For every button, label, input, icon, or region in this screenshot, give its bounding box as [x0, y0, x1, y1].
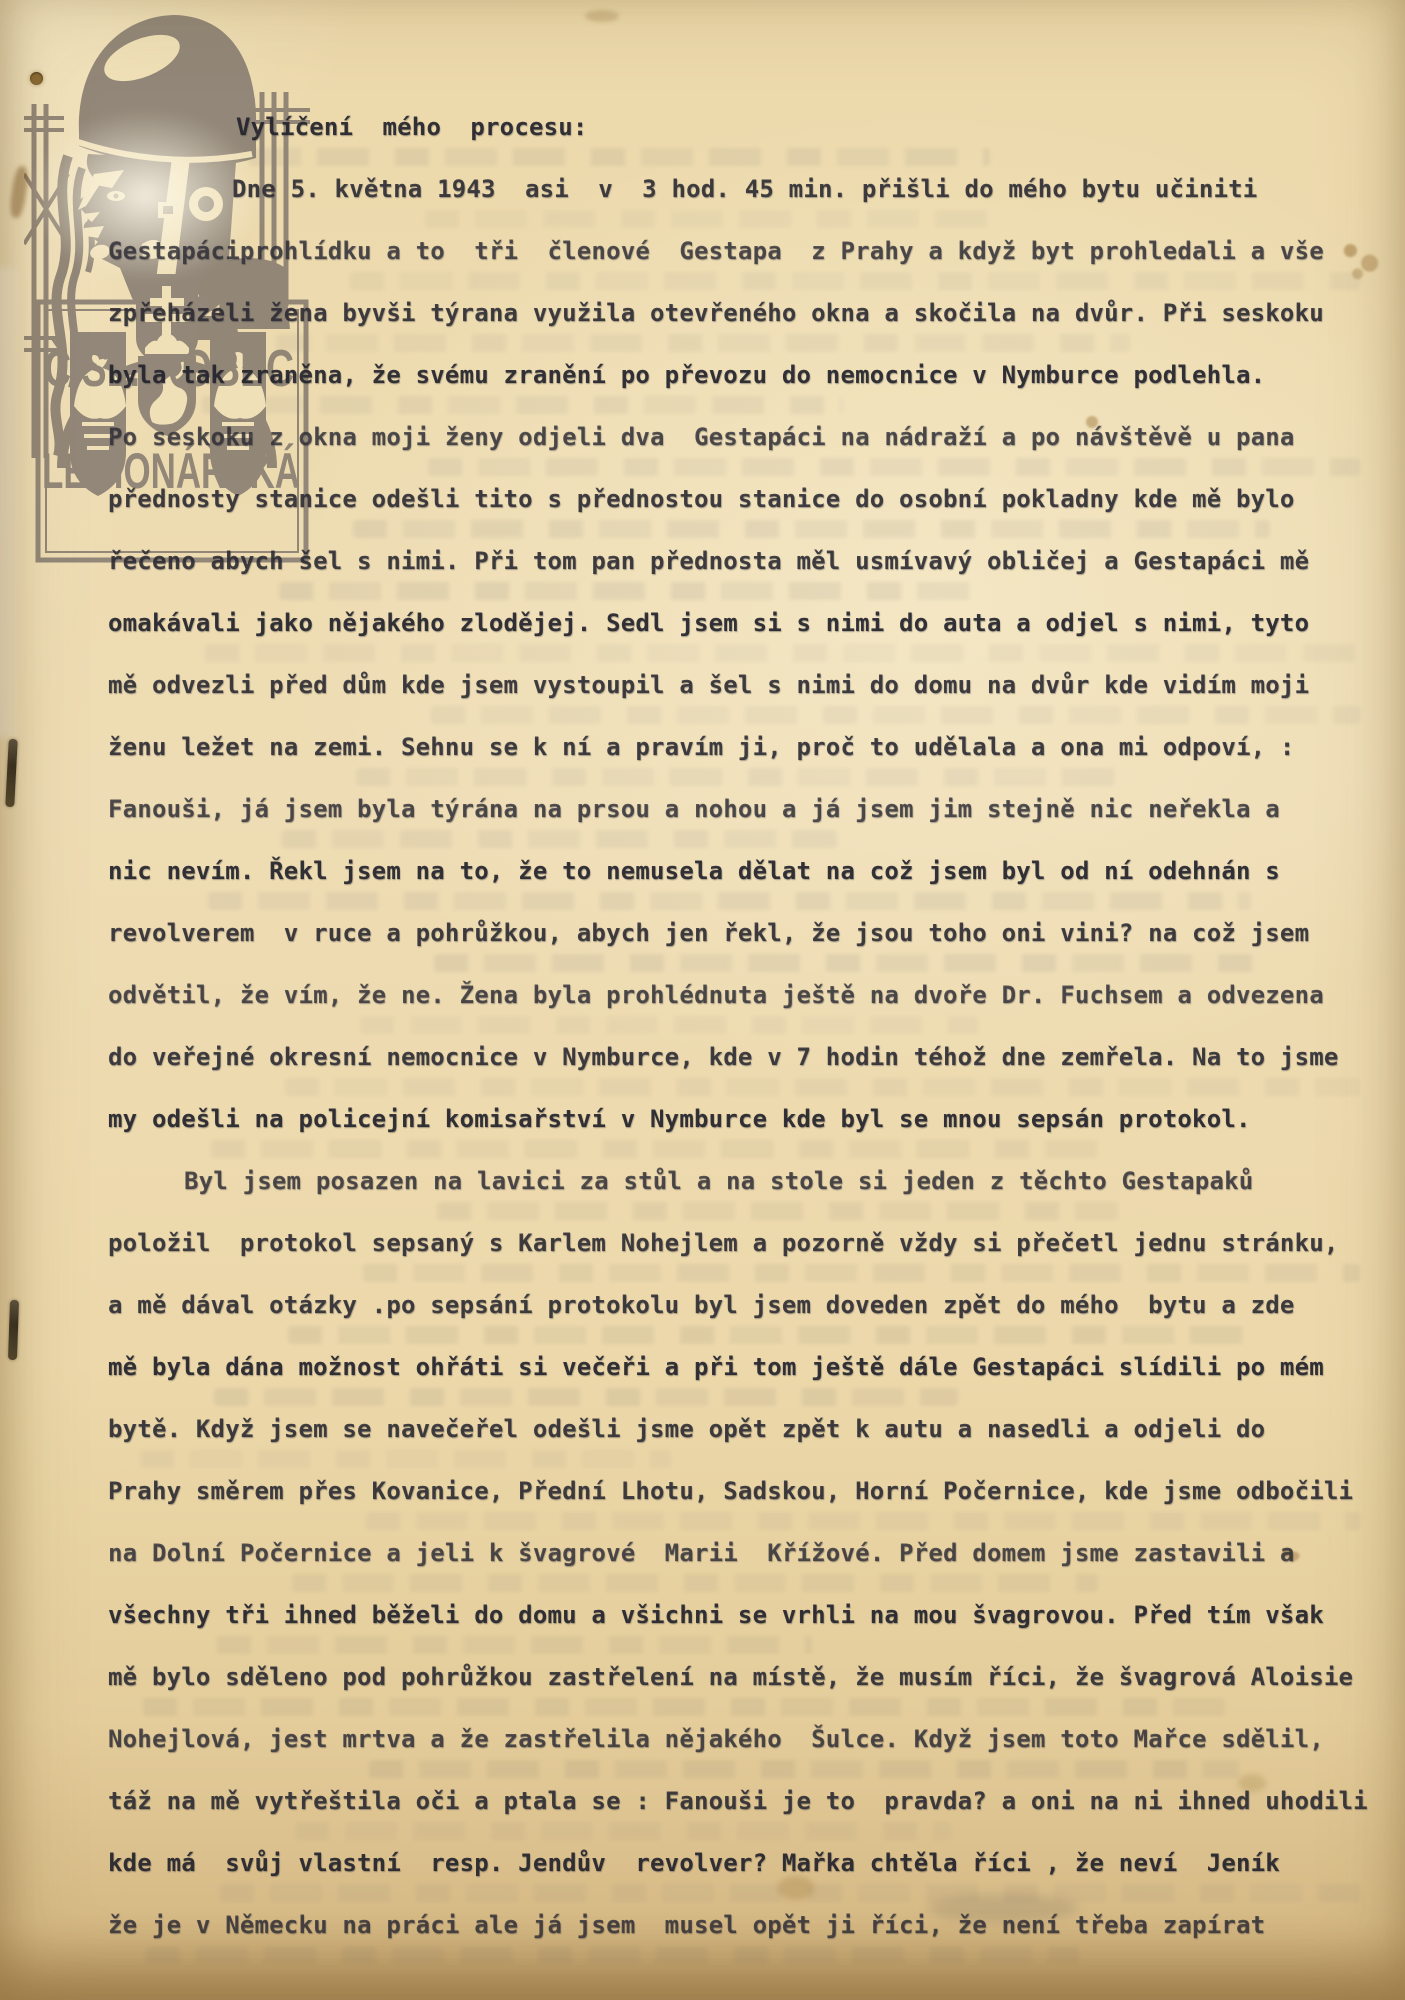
text-line: odvětil, že vím, že ne. Žena byla prohlé… [108, 964, 1385, 1026]
text-line: omakávali jako nějakého zlodějej. Sedl j… [108, 592, 1385, 654]
text-line: do veřejné okresní nemocnice v Nymburce,… [108, 1026, 1385, 1088]
paper-stain [585, 10, 619, 22]
text-line: bytě. Když jsem se navečeřel odešli jsme… [108, 1398, 1385, 1460]
text-line: mě bylo sděleno pod pohrůžkou zastřelení… [108, 1646, 1385, 1708]
text-line: a mě dával otázky .po sepsání protokolu … [108, 1274, 1385, 1336]
text-line: Byl jsem posazen na lavici za stůl a na … [108, 1150, 1385, 1212]
text-line: Prahy směrem přes Kovanice, Přední Lhotu… [108, 1460, 1385, 1522]
text-line: nic nevím. Řekl jsem na to, že to nemuse… [108, 840, 1385, 902]
text-line: Po seskoku z okna moji ženy odjeli dva G… [108, 406, 1385, 468]
text-line: mě odvezli před dům kde jsem vystoupil a… [108, 654, 1385, 716]
text-line: zpřeházeli žena byvši týrana využila ote… [108, 282, 1385, 344]
text-line: položil protokol sepsaný s Karlem Nohejl… [108, 1212, 1385, 1274]
binding-hole [30, 72, 43, 85]
text-line: na Dolní Počernice a jeli k švagrové Mar… [108, 1522, 1385, 1584]
text-line: Nohejlová, jest mrtva a že zastřelila ně… [108, 1708, 1385, 1770]
text-line: Gestapáciprohlídku a to tři členové Gest… [108, 220, 1385, 282]
text-line: Fanouši, já jsem byla týrána na prsou a … [108, 778, 1385, 840]
text-line: že je v Německu na práci ale já jsem mus… [108, 1894, 1385, 1956]
scanned-document-page: Č.SL. OBEC LEGIONÁŘSKÁ Vylíčení mého pro… [0, 0, 1405, 2000]
document-title: Vylíčení mého procesu: [108, 96, 1385, 158]
text-line: přednosty stanice odešli tito s přednost… [108, 468, 1385, 530]
text-line: táž na mě vytřeštila oči a ptala se : Fa… [108, 1770, 1385, 1832]
text-line: revolverem v ruce a pohrůžkou, abych jen… [108, 902, 1385, 964]
text-line: mě byla dána možnost ohřáti si večeři a … [108, 1336, 1385, 1398]
paper-light-patch [0, 268, 22, 738]
staple [8, 1300, 19, 1360]
text-line: byla tak zraněna, že svému zranění po př… [108, 344, 1385, 406]
text-line: Dne 5. května 1943 asi v 3 hod. 45 min. … [108, 158, 1385, 220]
text-line: my odešli na policejní komisařství v Nym… [108, 1088, 1385, 1150]
text-line: řečeno abych šel s nimi. Při tom pan pře… [108, 530, 1385, 592]
text-line: ženu ležet na zemi. Sehnu se k ní a prav… [108, 716, 1385, 778]
text-line: všechny tři ihned běželi do domu a všich… [108, 1584, 1385, 1646]
text-line: kde má svůj vlastní resp. Jendův revolve… [108, 1832, 1385, 1894]
typewritten-text-block: Vylíčení mého procesu: Dne 5. května 194… [108, 96, 1385, 1956]
staple [5, 739, 18, 807]
